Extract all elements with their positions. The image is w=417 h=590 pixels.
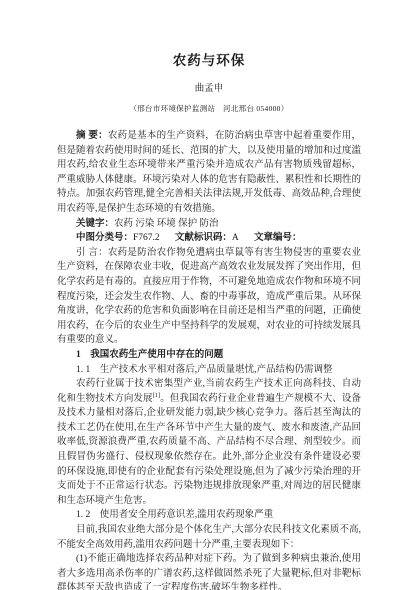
section-1-2-paragraph-1: 目前,我国农业绝大部分是个体化生产,大部分农民科技文化素质不高,不能安全高效用药… — [57, 523, 361, 552]
keywords-label: 关键字： — [76, 219, 114, 229]
clc-label: 中图分类号： — [76, 233, 133, 243]
paper-title: 农药与环保 — [57, 52, 361, 70]
abstract-label: 摘 要： — [76, 131, 108, 141]
keywords-text: 农药 污染 环境 保护 防治 — [114, 219, 219, 229]
section-1-2-heading: 1. 2 使用者安全用药意识差,滥用农药现象严重 — [57, 508, 361, 523]
clc-value: F767.2 — [133, 233, 160, 243]
introduction-text: 农药是防治农作物免遭病虫草鼠等有害生物侵害的重要农业生产资料，在保障农业丰收，促… — [57, 248, 361, 346]
introduction-paragraph: 引 言：农药是防治农作物免遭病虫草鼠等有害生物侵害的重要农业生产资料，在保障农业… — [57, 246, 361, 348]
section-1-1-paragraph: 农药行业属于技术密集型产业,当前农药生产技术正向高科技、自动化和生物技术方向发展… — [57, 377, 361, 508]
section-1-1-text-post: 。但我国农药行业企业普遍生产规模不大、设备及技术力量相对落后,企业研发能力弱,缺… — [57, 394, 361, 506]
classification-line: 中图分类号：F767.2文献标识码：A文章编号： — [57, 231, 361, 246]
author-affiliation: （邢台市环境保护监测站 河北邢台 054000） — [57, 104, 361, 114]
introduction-label: 引 言： — [76, 248, 108, 258]
section-1-2-paragraph-2: (1)不能正确地选择农药品种对症下药。为了做到多种病虫兼治,使用者大多选用高杀伤… — [57, 552, 361, 590]
abstract-paragraph: 摘 要：农药是基本的生产资料，在防治病虫草害中起着重要作用，但是随着农药使用时间… — [57, 129, 361, 217]
paper-body: 摘 要：农药是基本的生产资料，在防治病虫草害中起着重要作用，但是随着农药使用时间… — [57, 129, 361, 590]
section-1-1-heading: 1. 1 生产技术水平相对落后,产品质量堪忧,产品结构仍需调整 — [57, 363, 361, 378]
keywords-line: 关键字：农药 污染 环境 保护 防治 — [57, 217, 361, 232]
doc-code-label: 文献标识码： — [175, 233, 232, 243]
paper-page: 农药与环保 曲孟申 （邢台市环境保护监测站 河北邢台 054000） 摘 要：农… — [0, 0, 417, 590]
abstract-text: 农药是基本的生产资料，在防治病虫草害中起着重要作用，但是随着农药使用时间的延长、… — [57, 131, 361, 214]
section-1-heading: 1 我国农药生产使用中存在的问题 — [57, 348, 361, 363]
doc-code-value: A — [232, 233, 239, 243]
author-name: 曲孟申 — [57, 83, 361, 95]
article-id-label: 文章编号： — [254, 233, 302, 243]
